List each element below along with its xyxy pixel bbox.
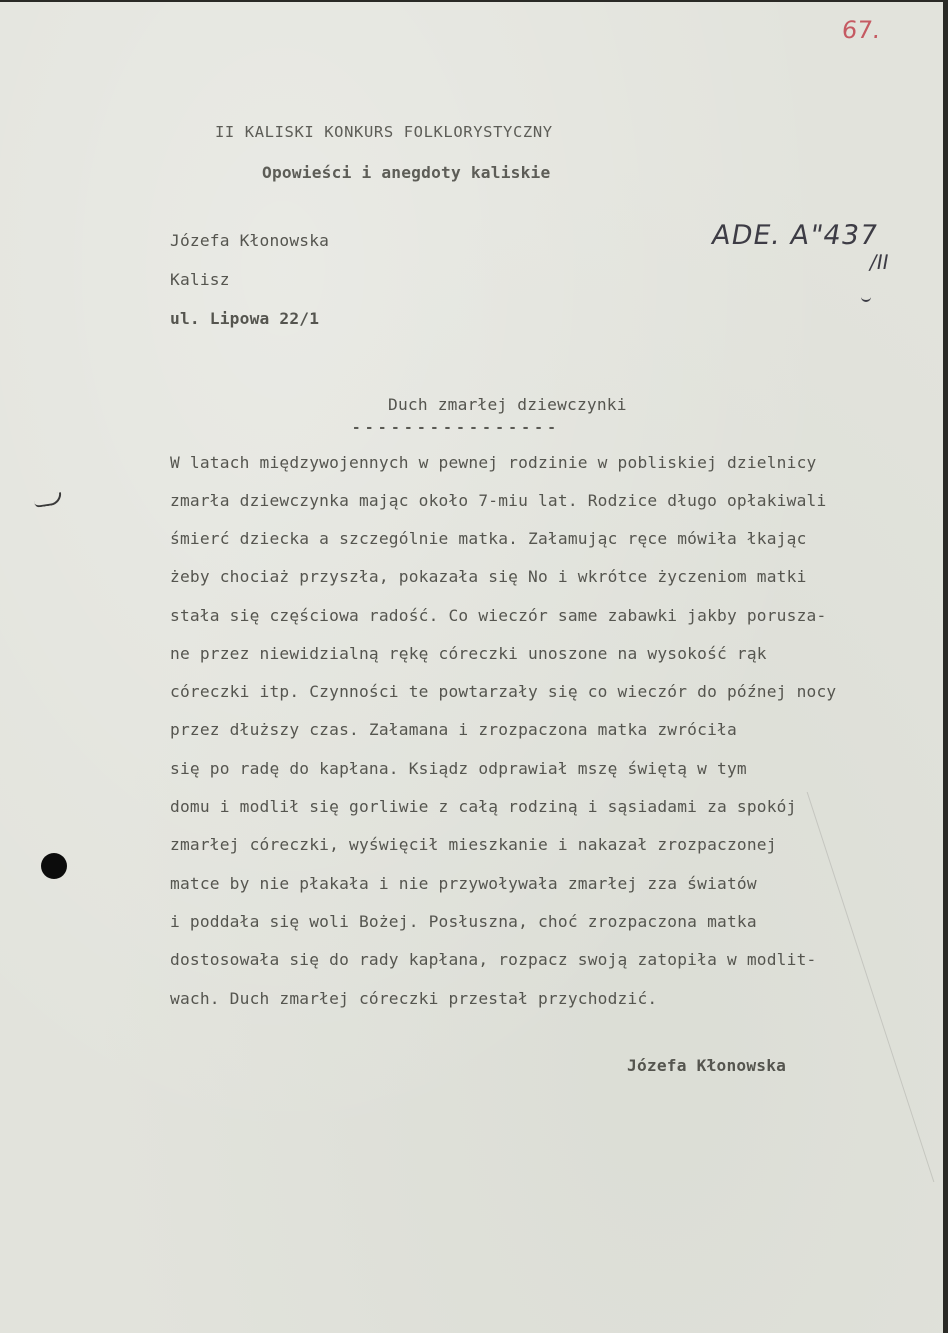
story-line: dostosowała się do rady kapłana, rozpacz… xyxy=(170,950,816,969)
story-title-underline: ---------------- xyxy=(352,420,560,436)
handwritten-shelf-mark-fraction: /II xyxy=(868,250,891,274)
punch-hole xyxy=(41,853,67,879)
contest-title: II KALISKI KONKURS FOLKLORYSTYCZNY xyxy=(215,123,553,141)
story-line: i poddała się woli Bożej. Posłuszna, cho… xyxy=(170,912,757,931)
author-address: ul. Lipowa 22/1 xyxy=(170,309,319,328)
story-line: wach. Duch zmarłej córeczki przestał prz… xyxy=(170,989,657,1008)
signature: Józefa Kłonowska xyxy=(627,1056,786,1075)
author-name: Józefa Kłonowska xyxy=(170,231,329,250)
story-line: W latach międzywojennych w pewnej rodzin… xyxy=(170,453,816,472)
handwritten-page-number: 67. xyxy=(841,16,882,44)
handwritten-tick-mark xyxy=(861,294,871,302)
margin-pencil-mark xyxy=(33,492,62,508)
story-title: Duch zmarłej dziewczynki xyxy=(388,395,627,414)
paper-crease xyxy=(807,792,948,1182)
story-line: córeczki itp. Czynności te powtarzały si… xyxy=(170,682,836,701)
story-line: przez dłuższy czas. Załamana i zrozpaczo… xyxy=(170,720,737,739)
story-line: zmarła dziewczynka mając około 7-miu lat… xyxy=(170,491,826,510)
document-subtitle: Opowieści i anegdoty kaliskie xyxy=(262,163,550,182)
author-city: Kalisz xyxy=(170,270,230,289)
handwritten-shelf-mark: ADE. A"437 xyxy=(709,220,880,251)
story-line: ne przez niewidzialną rękę córeczki unos… xyxy=(170,644,767,663)
story-line: matce by nie płakała i nie przywoływała … xyxy=(170,874,757,893)
story-line: stała się częściowa radość. Co wieczór s… xyxy=(170,606,826,625)
story-line: zmarłej córeczki, wyświęcił mieszkanie i… xyxy=(170,835,777,854)
story-line: się po radę do kapłana. Ksiądz odprawiał… xyxy=(170,759,747,778)
story-line: domu i modlił się gorliwie z całą rodzin… xyxy=(170,797,797,816)
story-line: śmierć dziecka a szczególnie matka. Zała… xyxy=(170,529,807,548)
story-line: żeby chociaż przyszła, pokazała się No i… xyxy=(170,567,807,586)
typed-document-page: 67. ADE. A"437 /II II KALISKI KONKURS FO… xyxy=(0,2,943,1333)
